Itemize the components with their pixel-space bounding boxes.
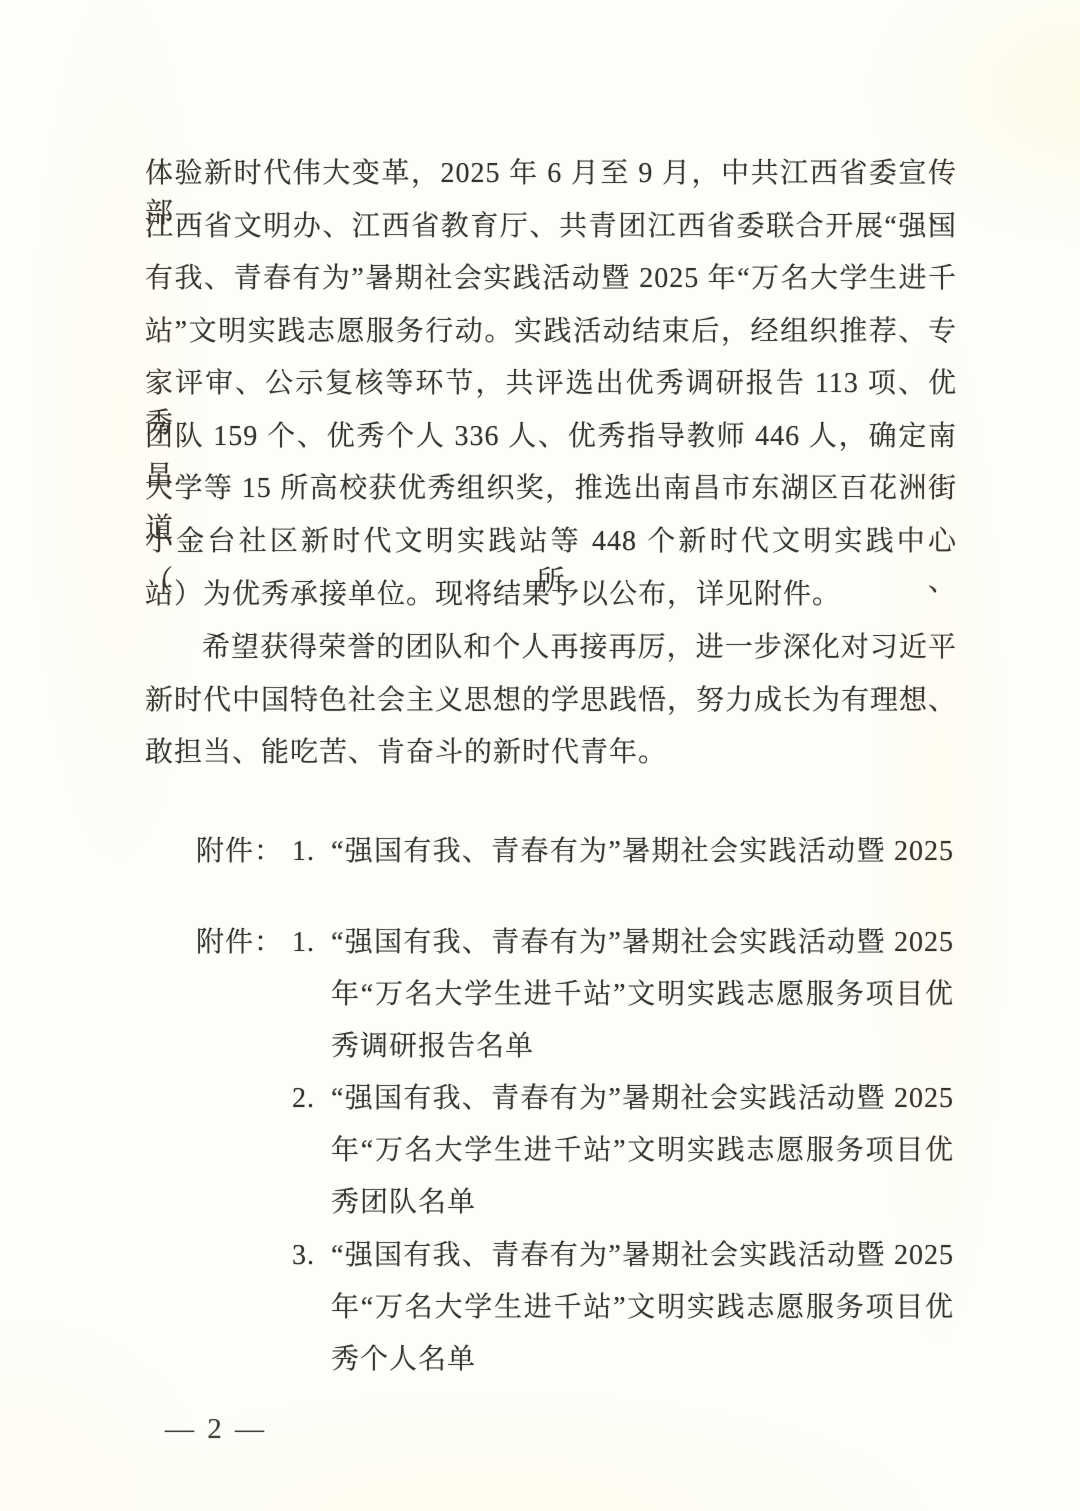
attachment-line: “强国有我、青春有为”暑期社会实践活动暨 2025 bbox=[331, 832, 954, 872]
attachment-item-number: 1. bbox=[292, 832, 315, 872]
document-page: 体验新时代伟大变革，2025 年 6 月至 9 月，中共江西省委宣传部、 江西省… bbox=[0, 0, 1080, 1511]
attachment-item-number: 2. bbox=[292, 1079, 315, 1119]
body-line: 希望获得荣誉的团队和个人再接再厉，进一步深化对习近平 bbox=[145, 628, 957, 668]
body-line: 体验新时代伟大变革，2025 年 6 月至 9 月，中共江西省委宣传部、 bbox=[145, 154, 957, 194]
body-line: 站”文明实践志愿服务行动。实践活动结束后，经组织推荐、专 bbox=[145, 312, 957, 352]
page-number: — 2 — bbox=[165, 1409, 267, 1449]
attachment-line: 年“万名大学生进千站”文明实践志愿服务项目优 bbox=[331, 1131, 954, 1171]
body-line: 家评审、公示复核等环节，共评选出优秀调研报告 113 项、优秀 bbox=[145, 364, 957, 404]
attachment-line: 年“万名大学生进千站”文明实践志愿服务项目优 bbox=[331, 975, 954, 1015]
attachment-item-number: 1. bbox=[292, 923, 315, 963]
attachment-line: 秀调研报告名单 bbox=[331, 1027, 954, 1067]
attachment-label: 附件： bbox=[196, 832, 283, 872]
attachment-line: 秀个人名单 bbox=[331, 1340, 954, 1380]
body-line: 站）为优秀承接单位。现将结果予以公布，详见附件。 bbox=[145, 575, 957, 615]
body-line: 新时代中国特色社会主义思想的学思践悟，努力成长为有理想、 bbox=[145, 681, 957, 721]
attachment-line: “强国有我、青春有为”暑期社会实践活动暨 2025 bbox=[331, 923, 954, 963]
body-line: 大学等 15 所高校获优秀组织奖，推选出南昌市东湖区百花洲街道 bbox=[145, 469, 957, 509]
body-line: 有我、青春有为”暑期社会实践活动暨 2025 年“万名大学生进千 bbox=[145, 259, 957, 299]
attachment-item-number: 3. bbox=[292, 1236, 315, 1276]
body-line: 敢担当、能吃苦、肯奋斗的新时代青年。 bbox=[145, 733, 957, 773]
attachment-label: 附件： bbox=[196, 923, 283, 963]
attachment-line: 秀团队名单 bbox=[331, 1183, 954, 1223]
attachment-line: “强国有我、青春有为”暑期社会实践活动暨 2025 bbox=[331, 1236, 954, 1276]
body-line: 小金台社区新时代文明实践站等 448 个新时代文明实践中心（所、 bbox=[145, 522, 957, 562]
body-line: 江西省文明办、江西省教育厅、共青团江西省委联合开展“强国 bbox=[145, 207, 957, 247]
body-line: 团队 159 个、优秀个人 336 人、优秀指导教师 446 人，确定南昌 bbox=[145, 417, 957, 457]
attachment-line: 年“万名大学生进千站”文明实践志愿服务项目优 bbox=[331, 1288, 954, 1328]
attachment-line: “强国有我、青春有为”暑期社会实践活动暨 2025 bbox=[331, 1079, 954, 1119]
